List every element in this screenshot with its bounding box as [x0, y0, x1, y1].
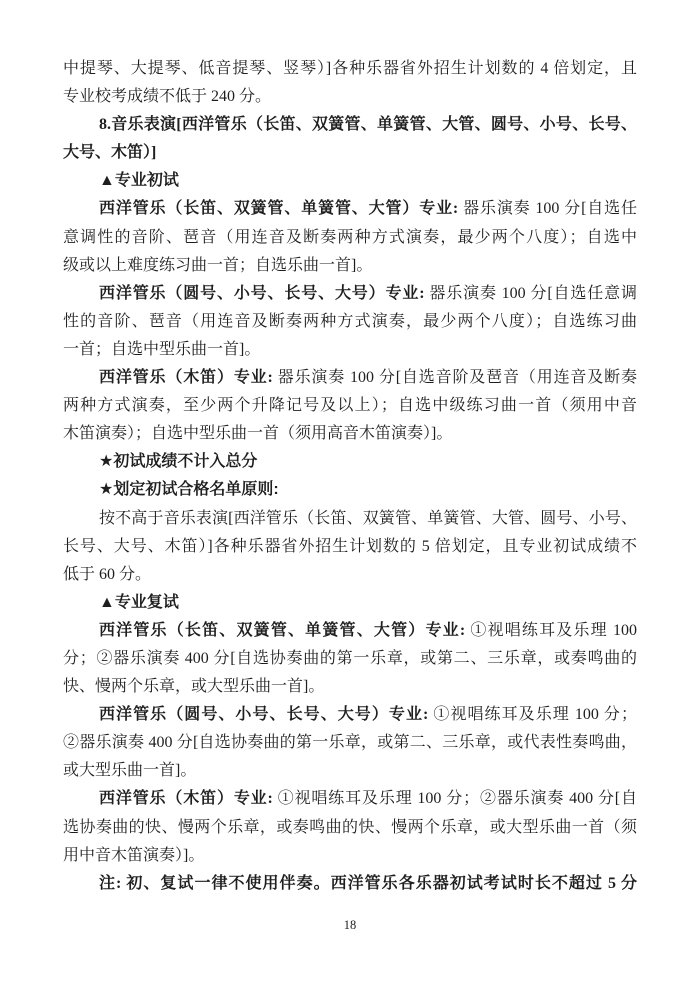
text-run: 中提琴、大提琴、低音提琴、竖琴）]各种乐器省外招生计划数的 4 倍划定，且	[63, 60, 637, 77]
text-line: 性的音阶、琶音（用连音及断奏两种方式演奏，最少两个八度）；自选练习曲	[63, 308, 637, 336]
text-line: 西洋管乐（圆号、小号、长号、大号）专业: 器乐演奏 100 分[自选任意调	[63, 280, 637, 308]
text-line: 西洋管乐（圆号、小号、长号、大号）专业: ①视唱练耳及乐理 100 分；	[63, 701, 637, 729]
text-run: 或大型乐曲一首]。	[63, 762, 196, 779]
text-line: 低于 60 分。	[63, 561, 637, 589]
text-run: 器乐演奏 100 分[自选音阶及琶音（用连音及断奏	[273, 369, 637, 386]
heading-text-run: 大号、木笛）]	[63, 144, 156, 161]
heading-text-run: 注: 初、复试一律不使用伴奏。西洋管乐各乐器初试考试时长不超过 5 分	[99, 875, 637, 892]
text-line: 注: 初、复试一律不使用伴奏。西洋管乐各乐器初试考试时长不超过 5 分	[63, 870, 637, 898]
text-line: 快、慢两个乐章，或大型乐曲一首]。	[63, 673, 637, 701]
heading-text-run: 西洋管乐（长笛、双簧管、单簧管、大管）专业:	[99, 200, 458, 217]
text-line: 意调性的音阶、琶音（用连音及断奏两种方式演奏，最少两个八度）；自选中	[63, 224, 637, 252]
heading-text-run: ★初试成绩不计入总分	[99, 453, 257, 470]
text-run: ①视唱练耳及乐理 100 分；	[428, 706, 637, 723]
text-run: 长号、大号、木笛）]各种乐器省外招生计划数的 5 倍划定，且专业初试成绩不	[63, 538, 637, 555]
heading-text-run: 西洋管乐（圆号、小号、长号、大号）专业:	[99, 706, 428, 723]
text-line: 西洋管乐（长笛、双簧管、单簧管、大管）专业: 器乐演奏 100 分[自选任	[63, 195, 637, 223]
text-run: 用中音木笛演奏）]。	[63, 847, 204, 864]
text-line: 分；②器乐演奏 400 分[自选协奏曲的第一乐章，或第二、三乐章，或奏鸣曲的	[63, 645, 637, 673]
text-run: 级或以上难度练习曲一首；自选乐曲一首]。	[63, 257, 372, 274]
text-line: ★划定初试合格名单原则:	[63, 476, 637, 504]
heading-text-run: 西洋管乐（木笛）专业:	[99, 369, 273, 386]
text-run: 一首；自选中型乐曲一首]。	[63, 341, 260, 358]
text-run: 器乐演奏 100 分[自选任意调	[425, 285, 637, 302]
text-line: 8.音乐表演[西洋管乐（长笛、双簧管、单簧管、大管、圆号、小号、长号、	[63, 111, 637, 139]
heading-text-run: 西洋管乐（长笛、双簧管、单簧管、大管）专业:	[99, 622, 465, 639]
document-page: 中提琴、大提琴、低音提琴、竖琴）]各种乐器省外招生计划数的 4 倍划定，且专业校…	[0, 0, 700, 990]
text-line: 中提琴、大提琴、低音提琴、竖琴）]各种乐器省外招生计划数的 4 倍划定，且	[63, 55, 637, 83]
text-line: ★初试成绩不计入总分	[63, 448, 637, 476]
text-line: 大号、木笛）]	[63, 139, 637, 167]
text-line: 选协奏曲的快、慢两个乐章，或奏鸣曲的快、慢两个乐章，或大型乐曲一首（须	[63, 814, 637, 842]
heading-text-run: ▲专业初试	[99, 172, 179, 189]
document-body: 中提琴、大提琴、低音提琴、竖琴）]各种乐器省外招生计划数的 4 倍划定，且专业校…	[63, 55, 637, 898]
text-line: 长号、大号、木笛）]各种乐器省外招生计划数的 5 倍划定，且专业初试成绩不	[63, 533, 637, 561]
text-run: 专业校考成绩不低于 240 分。	[63, 88, 271, 105]
text-run: 按不高于音乐表演[西洋管乐（长笛、双簧管、单簧管、大管、圆号、小号、	[99, 510, 637, 527]
text-line: 西洋管乐（木笛）专业: 器乐演奏 100 分[自选音阶及琶音（用连音及断奏	[63, 364, 637, 392]
text-run: 意调性的音阶、琶音（用连音及断奏两种方式演奏，最少两个八度）；自选中	[63, 229, 637, 246]
text-run: 器乐演奏 100 分[自选任	[458, 200, 637, 217]
text-line: ▲专业初试	[63, 167, 637, 195]
text-line: 或大型乐曲一首]。	[63, 757, 637, 785]
page-number: 18	[0, 918, 700, 933]
text-run: 分；②器乐演奏 400 分[自选协奏曲的第一乐章，或第二、三乐章，或奏鸣曲的	[63, 650, 637, 667]
text-run: ②器乐演奏 400 分[自选协奏曲的第一乐章，或第二、三乐章，或代表性奏鸣曲，	[63, 734, 637, 751]
heading-text-run: 西洋管乐（木笛）专业:	[99, 790, 273, 807]
text-line: 用中音木笛演奏）]。	[63, 842, 637, 870]
text-run: 木笛演奏）；自选中型乐曲一首（须用高音木笛演奏）]。	[63, 425, 452, 442]
text-run: 低于 60 分。	[63, 566, 151, 583]
text-line: 木笛演奏）；自选中型乐曲一首（须用高音木笛演奏）]。	[63, 420, 637, 448]
text-line: 按不高于音乐表演[西洋管乐（长笛、双簧管、单簧管、大管、圆号、小号、	[63, 505, 637, 533]
text-run: 快、慢两个乐章，或大型乐曲一首]。	[63, 678, 324, 695]
text-line: 专业校考成绩不低于 240 分。	[63, 83, 637, 111]
text-line: 一首；自选中型乐曲一首]。	[63, 336, 637, 364]
text-run: ①视唱练耳及乐理 100 分；②器乐演奏 400 分[自	[273, 790, 637, 807]
text-run: 选协奏曲的快、慢两个乐章，或奏鸣曲的快、慢两个乐章，或大型乐曲一首（须	[63, 819, 637, 836]
text-line: 西洋管乐（木笛）专业: ①视唱练耳及乐理 100 分；②器乐演奏 400 分[自	[63, 785, 637, 813]
text-line: ▲专业复试	[63, 589, 637, 617]
text-run: ①视唱练耳及乐理 100	[465, 622, 637, 639]
text-run: 性的音阶、琶音（用连音及断奏两种方式演奏，最少两个八度）；自选练习曲	[63, 313, 637, 330]
text-line: ②器乐演奏 400 分[自选协奏曲的第一乐章，或第二、三乐章，或代表性奏鸣曲，	[63, 729, 637, 757]
heading-text-run: ▲专业复试	[99, 594, 179, 611]
heading-text-run: 8.音乐表演[西洋管乐（长笛、双簧管、单簧管、大管、圆号、小号、长号、	[99, 116, 637, 133]
text-line: 级或以上难度练习曲一首；自选乐曲一首]。	[63, 252, 637, 280]
text-run: 两种方式演奏，至少两个升降记号及以上）；自选中级练习曲一首（须用中音	[63, 397, 637, 414]
heading-text-run: 西洋管乐（圆号、小号、长号、大号）专业:	[99, 285, 425, 302]
heading-text-run: ★划定初试合格名单原则:	[99, 481, 279, 498]
text-line: 两种方式演奏，至少两个升降记号及以上）；自选中级练习曲一首（须用中音	[63, 392, 637, 420]
text-line: 西洋管乐（长笛、双簧管、单簧管、大管）专业: ①视唱练耳及乐理 100	[63, 617, 637, 645]
